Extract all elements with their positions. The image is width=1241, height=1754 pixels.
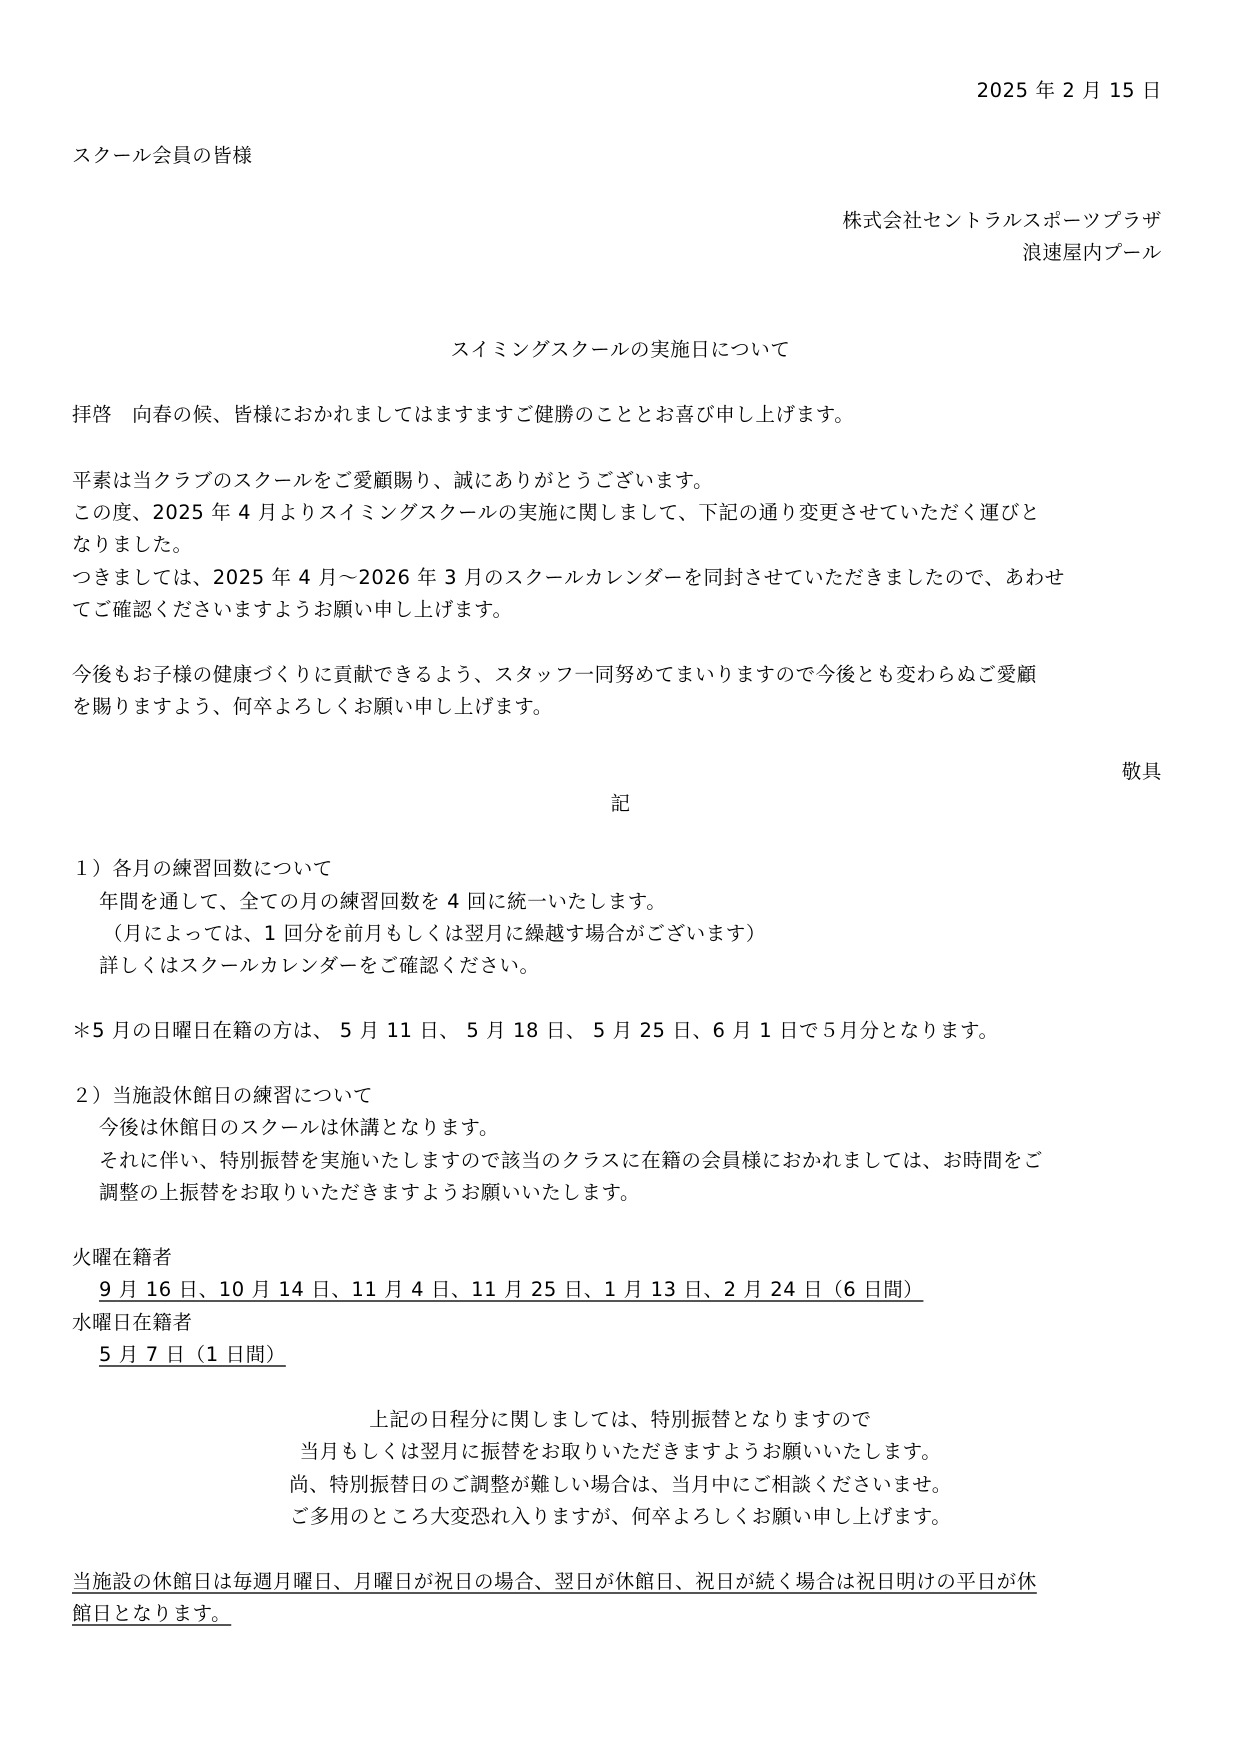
body-line: この度、2025 年 4 月よりスイミングスクールの実施に関しまして、下記の通り… [72, 500, 1040, 526]
section-line: 調整の上振替をお取りいただきますようお願いいたします。 [99, 1180, 640, 1206]
recipient: スクール会員の皆様 [72, 143, 253, 169]
section-line: 今後は休館日のスクールは休講となります。 [99, 1115, 499, 1141]
sender-company: 株式会社セントラルスポーツプラザ [842, 208, 1162, 234]
letter-title: スイミングスクールの実施日について [0, 337, 1241, 363]
body-line: を賜りますよう、何卒よろしくお願い申し上げます。 [72, 694, 553, 720]
section-line: 詳しくはスクールカレンダーをご確認ください。 [99, 953, 540, 979]
notice-line: ご多用のところ大変恐れ入りますが、何卒よろしくお願い申し上げます。 [0, 1504, 1241, 1530]
section-heading: １）各月の練習回数について [72, 856, 333, 882]
sunday-note: ＊5 月の日曜日在籍の方は、 5 月 11 日、 5 月 18 日、 5 月 2… [72, 1018, 999, 1044]
closure-note-line: 当施設の休館日は毎週月曜日、月曜日が祝日の場合、翌日が休館日、祝日が続く場合は祝… [72, 1569, 1037, 1595]
notice-line: 尚、特別振替日のご調整が難しい場合は、当月中にご相談くださいませ。 [0, 1472, 1241, 1498]
letter-date: 2025 年 2 月 15 日 [977, 78, 1162, 104]
greeting: 拝啓 向春の候、皆様におかれましてはますますご健勝のこととお喜び申し上げます。 [72, 402, 854, 428]
notice-line: 当月もしくは翌月に振替をお取りいただきますようお願いいたします。 [0, 1439, 1241, 1465]
body-line: なりました。 [72, 532, 193, 558]
section-heading: ２）当施設休館日の練習について [72, 1083, 373, 1109]
ki-marker: 記 [0, 791, 1241, 817]
body-line: てご確認くださいますようお願い申し上げます。 [72, 597, 513, 623]
body-line: 平素は当クラブのスクールをご愛顧賜り、誠にありがとうございます。 [72, 468, 713, 494]
wednesday-label: 水曜日在籍者 [72, 1310, 193, 1336]
closing-keigu: 敬具 [1122, 759, 1162, 785]
wednesday-dates: 5 月 7 日（1 日間） [99, 1342, 286, 1368]
body-line: 今後もお子様の健康づくりに貢献できるよう、スタッフ一同努めてまいりますので今後と… [72, 662, 1037, 688]
letter-page: 2025 年 2 月 15 日 スクール会員の皆様 株式会社セントラルスポーツプ… [0, 0, 1241, 1754]
section-line: 年間を通して、全ての月の練習回数を 4 回に統一いたします。 [99, 889, 666, 915]
section-line: それに伴い、特別振替を実施いたしますので該当のクラスに在籍の会員様におかれまして… [99, 1148, 1043, 1174]
tuesday-dates: 9 月 16 日、10 月 14 日、11 月 4 日、11 月 25 日、1 … [99, 1277, 923, 1303]
body-line: つきましては、2025 年 4 月～2026 年 3 月のスクールカレンダーを同… [72, 565, 1065, 591]
sender-facility: 浪速屋内プール [1022, 240, 1162, 266]
notice-line: 上記の日程分に関しましては、特別振替となりますので [0, 1407, 1241, 1433]
section-line: （月によっては、1 回分を前月もしくは翌月に繰越す場合がございます） [103, 921, 766, 947]
tuesday-label: 火曜在籍者 [72, 1245, 173, 1271]
closure-note-line: 館日となります。 [72, 1601, 231, 1627]
